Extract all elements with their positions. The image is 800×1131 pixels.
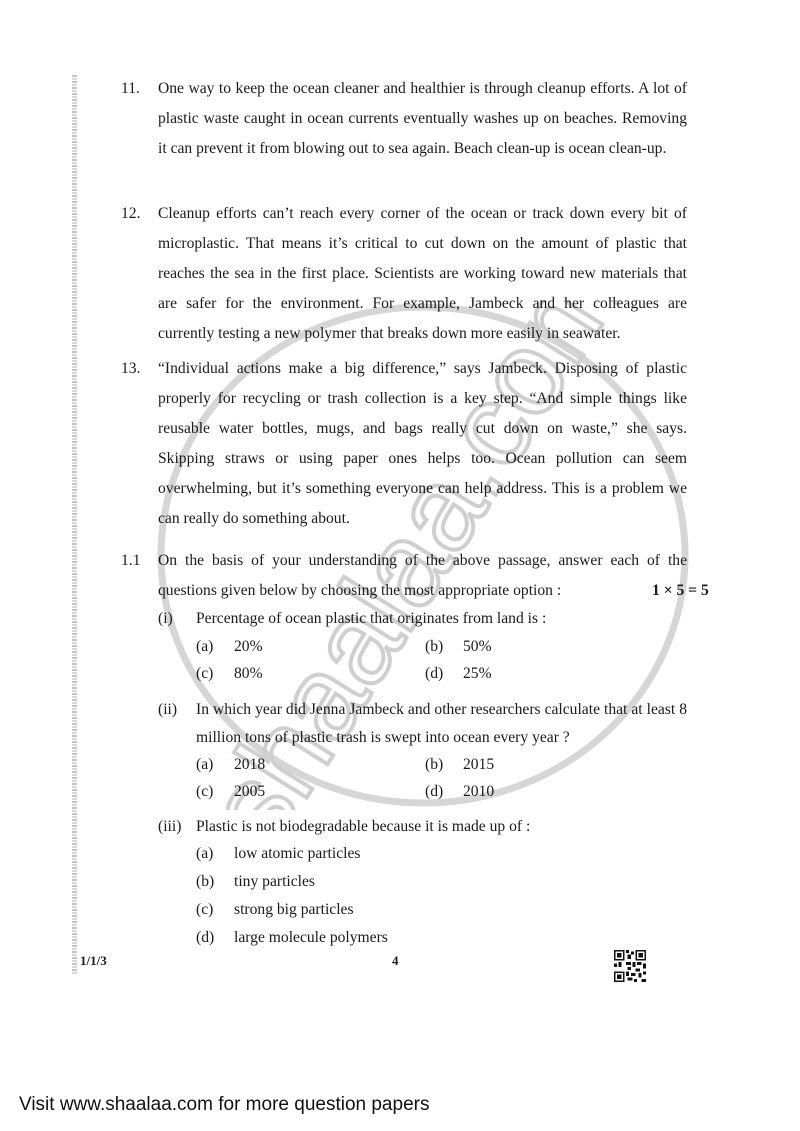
subquestion-i: (i)Percentage of ocean plastic that orig… <box>158 605 546 633</box>
paragraph-text: One way to keep the ocean cleaner and he… <box>158 74 687 164</box>
option-text: 2010 <box>463 783 494 800</box>
option-label: (d) <box>196 924 234 952</box>
option-i-a[interactable]: (a)20% <box>196 633 263 661</box>
option-text: 2005 <box>234 783 265 800</box>
option-label: (c) <box>196 896 234 924</box>
option-text: 50% <box>463 638 492 655</box>
paragraph-text: “Individual actions make a big differenc… <box>158 354 687 534</box>
option-ii-b[interactable]: (b)2015 <box>425 751 494 779</box>
option-text: strong big particles <box>234 901 354 918</box>
subquestion-ii: (ii) In which year did Jenna Jambeck and… <box>158 696 687 752</box>
paragraph-number: 13. <box>121 354 141 384</box>
option-ii-d[interactable]: (d)2010 <box>425 778 494 806</box>
subquestion-iii: (iii)Plastic is not biodegradable becaus… <box>158 813 530 841</box>
paragraph-number: 11. <box>121 74 140 104</box>
option-label: (d) <box>425 660 463 688</box>
option-label: (c) <box>196 778 234 806</box>
option-iii-b[interactable]: (b)tiny particles <box>196 868 315 896</box>
option-label: (d) <box>425 778 463 806</box>
option-i-d[interactable]: (d)25% <box>425 660 492 688</box>
paragraph-11: 11. One way to keep the ocean cleaner an… <box>121 74 687 164</box>
option-text: tiny particles <box>234 873 315 890</box>
marks-label: 1 × 5 = 5 <box>652 576 709 606</box>
option-label: (c) <box>196 660 234 688</box>
margin-barcode-strip <box>72 75 77 975</box>
paragraph-12: 12. Cleanup efforts can’t reach every co… <box>121 199 687 349</box>
option-text: large molecule polymers <box>234 929 388 946</box>
option-iii-a[interactable]: (a)low atomic particles <box>196 840 360 868</box>
option-i-b[interactable]: (b)50% <box>425 633 492 661</box>
question-number: 1.1 <box>121 546 141 576</box>
qr-code-icon <box>614 950 646 982</box>
paragraph-number: 12. <box>121 199 141 229</box>
option-text: 20% <box>234 638 263 655</box>
option-label: (a) <box>196 633 234 661</box>
option-label: (a) <box>196 840 234 868</box>
option-text: 80% <box>234 665 263 682</box>
option-text: 25% <box>463 665 492 682</box>
question-instruction: 1.1 On the basis of your understanding o… <box>121 546 687 606</box>
subquestion-text: Percentage of ocean plastic that origina… <box>196 610 546 627</box>
option-text: 2018 <box>234 756 265 773</box>
paragraph-text: Cleanup efforts can’t reach every corner… <box>158 199 687 349</box>
paper-code: 1/1/3 <box>80 953 107 969</box>
option-label: (a) <box>196 751 234 779</box>
promo-banner[interactable]: Visit www.shaalaa.com for more question … <box>19 1094 429 1116</box>
option-ii-a[interactable]: (a)2018 <box>196 751 265 779</box>
option-label: (b) <box>425 633 463 661</box>
option-label: (b) <box>196 868 234 896</box>
subquestion-number: (i) <box>158 605 196 633</box>
subquestion-number: (ii) <box>158 696 177 724</box>
option-iii-c[interactable]: (c)strong big particles <box>196 896 354 924</box>
option-i-c[interactable]: (c)80% <box>196 660 263 688</box>
option-text: low atomic particles <box>234 845 360 862</box>
subquestion-number: (iii) <box>158 813 196 841</box>
subquestion-text: Plastic is not biodegradable because it … <box>196 818 530 835</box>
exam-page: shaalaa.com 11. One way to keep the ocea… <box>0 0 800 1131</box>
paragraph-13: 13. “Individual actions make a big diffe… <box>121 354 687 534</box>
page-number: 4 <box>392 953 399 969</box>
option-label: (b) <box>425 751 463 779</box>
option-text: 2015 <box>463 756 494 773</box>
subquestion-text: In which year did Jenna Jambeck and othe… <box>196 696 687 752</box>
option-ii-c[interactable]: (c)2005 <box>196 778 265 806</box>
option-iii-d[interactable]: (d)large molecule polymers <box>196 924 388 952</box>
question-instruction-text: On the basis of your understanding of th… <box>158 546 687 606</box>
